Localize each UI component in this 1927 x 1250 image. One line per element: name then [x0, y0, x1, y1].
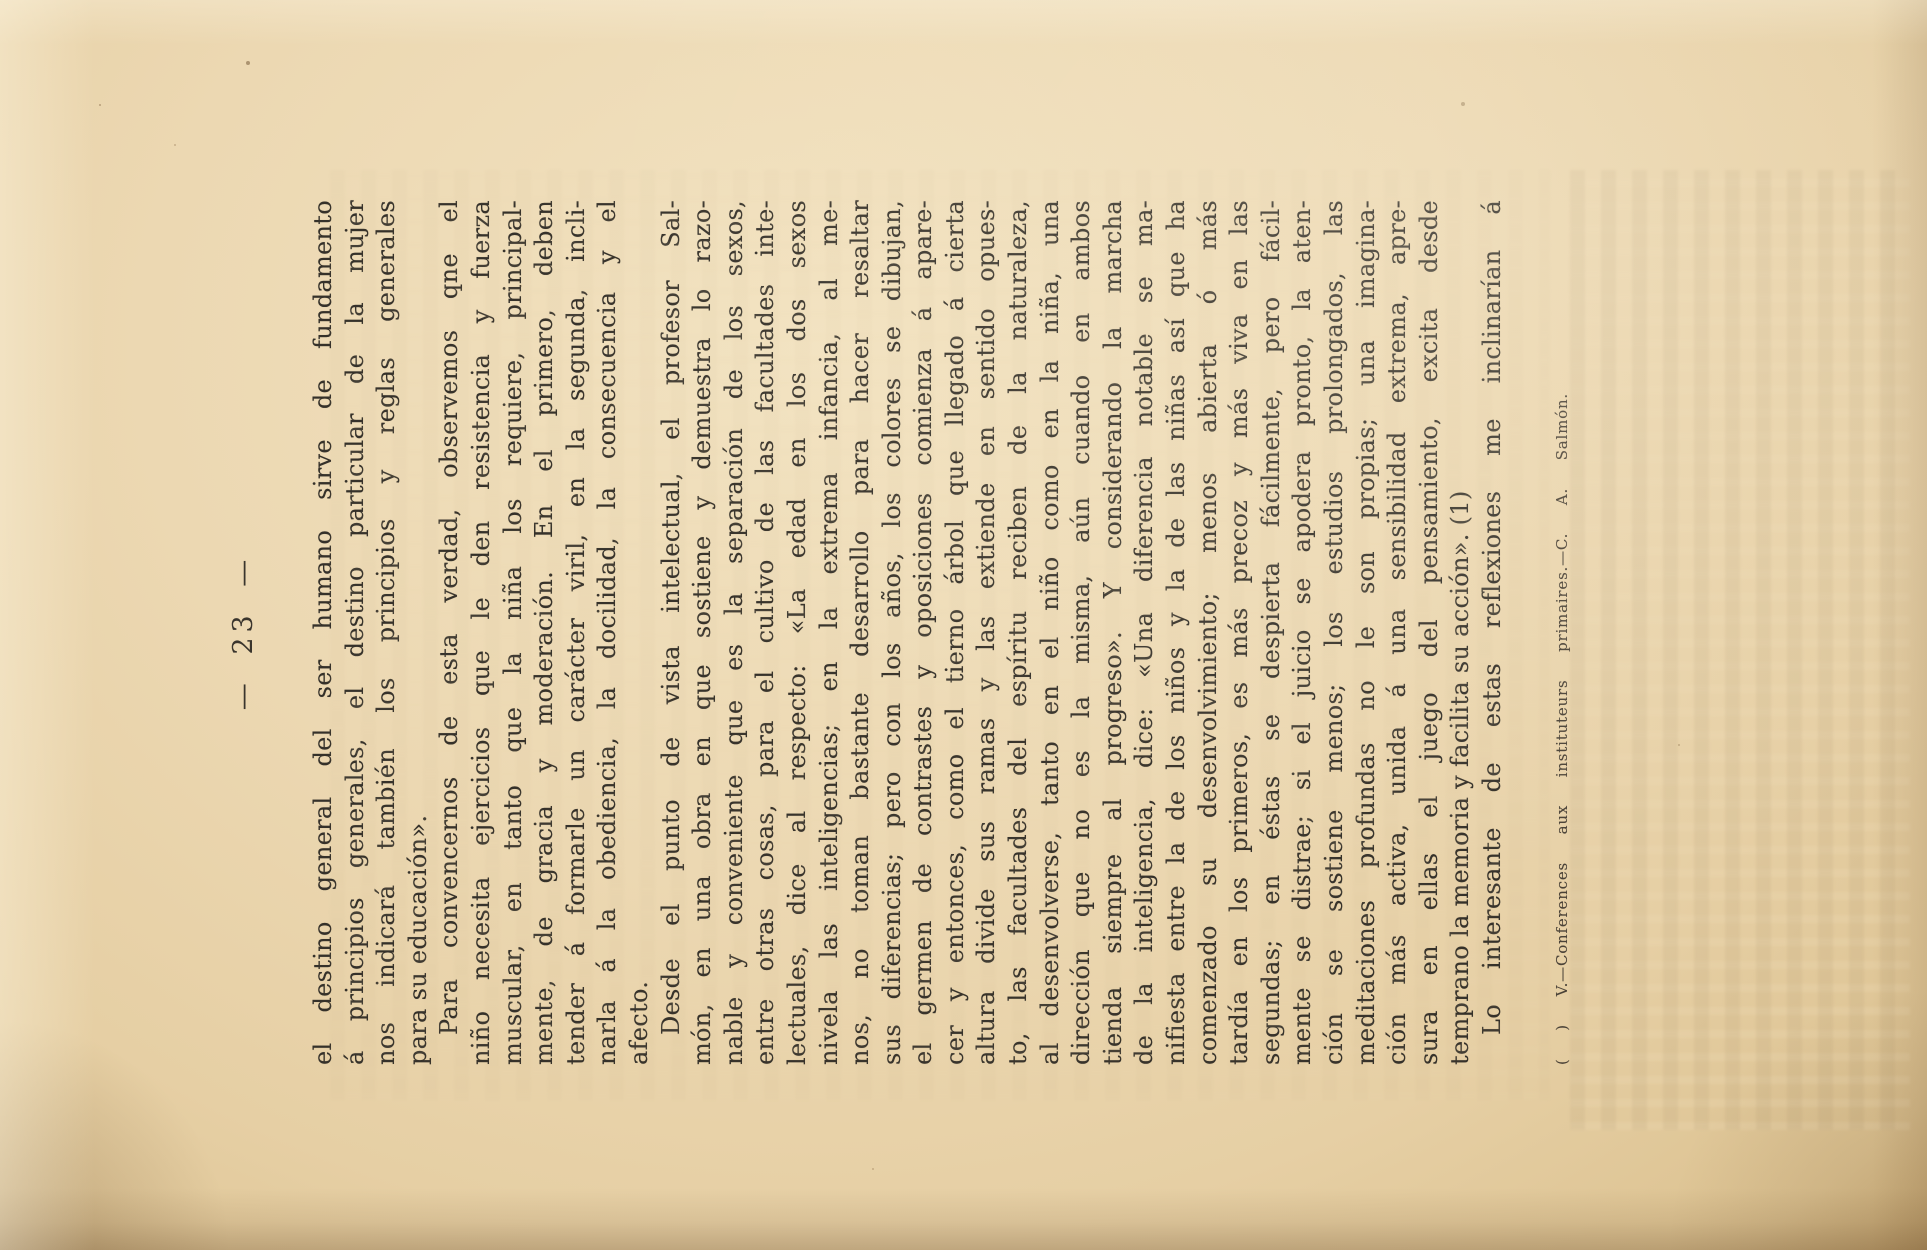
text-line: niño necesita ejercicios que le den resi… [466, 200, 498, 1065]
footnote: ( ) V.—Conferences aux instituteurs prim… [1552, 393, 1572, 1065]
text-line: muscular, en tanto que la niña los requi… [498, 200, 530, 1065]
text-line: narla á la obediencia, la docilidad, la … [592, 200, 624, 1065]
text-line: entre otras cosas, para el cultivo de la… [750, 200, 782, 1065]
text-line: segundas; en éstas se despierta fácilmen… [1256, 200, 1288, 1065]
rotated-page-surface: — 23 — el destino general del ser humano… [0, 0, 1927, 1250]
text-line: dirección que no es la misma, aún cuando… [1066, 200, 1098, 1065]
text-line: comenzado su desenvolvimiento; menos abi… [1193, 200, 1225, 1065]
text-line: ción se sostiene menos; los estudios pro… [1319, 200, 1351, 1065]
text-line: nos, no toman bastante desarrollo para h… [845, 200, 877, 1065]
text-line: to, las facultades del espíritu reciben … [1003, 200, 1035, 1065]
text-line: nivela las inteligencias; en la extrema … [814, 200, 846, 1065]
text-line: mente se distrae; si el juicio se apoder… [1287, 200, 1319, 1065]
text-line: ción más activa, unida á una sensibilida… [1382, 200, 1414, 1065]
text-line: tender á formarle un carácter viril, en … [561, 200, 593, 1065]
text-line: tardía en los primeros, es más precoz y … [1224, 200, 1256, 1065]
text-line: para su educación». [403, 200, 435, 1065]
text-line: Lo interesante de estas reflexiones me i… [1477, 200, 1509, 1065]
text-line: á principios generales, el destino parti… [340, 200, 372, 1065]
text-line: nable y conveniente que es la separación… [719, 200, 751, 1065]
text-line: de la inteligencia, dice: «Una diferenci… [1129, 200, 1161, 1065]
text-line: meditaciones profundas no le son propias… [1351, 200, 1383, 1065]
text-line: lectuales, dice al respecto: «La edad en… [782, 200, 814, 1065]
text-line: Para convencernos de esta verdad, observ… [434, 200, 466, 1065]
text-line: altura divide sus ramas y las extiende e… [971, 200, 1003, 1065]
text-line: Desde el punto de vista intelectual, el … [656, 200, 688, 1065]
text-line: el germen de contrastes y oposiciones co… [908, 200, 940, 1065]
text-line: sus diferencias; pero con los años, los … [877, 200, 909, 1065]
page-number: — 23 — [228, 200, 259, 1065]
text-line: cer y entonces, como el tierno árbol que… [940, 200, 972, 1065]
text-line: afecto. [624, 200, 656, 1065]
text-line: tienda siempre al progreso». Y considera… [1098, 200, 1130, 1065]
text-line: nos indicará también los principios y re… [371, 200, 403, 1065]
text-line: sura en ellas el juego del pensamiento, … [1414, 200, 1446, 1065]
text-line: nifiesta entre la de los niños y la de l… [1161, 200, 1193, 1065]
text-line: temprano la memoria y facilita su acción… [1445, 200, 1477, 1065]
text-line: món, en una obra en que sostiene y demue… [687, 200, 719, 1065]
text-line: al desenvolverse, tanto en el niño como … [1035, 200, 1067, 1065]
scanned-book-page: — 23 — el destino general del ser humano… [0, 0, 1927, 1250]
text-line: el destino general del ser humano sirve … [308, 200, 340, 1065]
text-line: mente, de gracia y moderación. En el pri… [529, 200, 561, 1065]
main-text-block: el destino general del ser humano sirve … [308, 200, 1509, 1065]
